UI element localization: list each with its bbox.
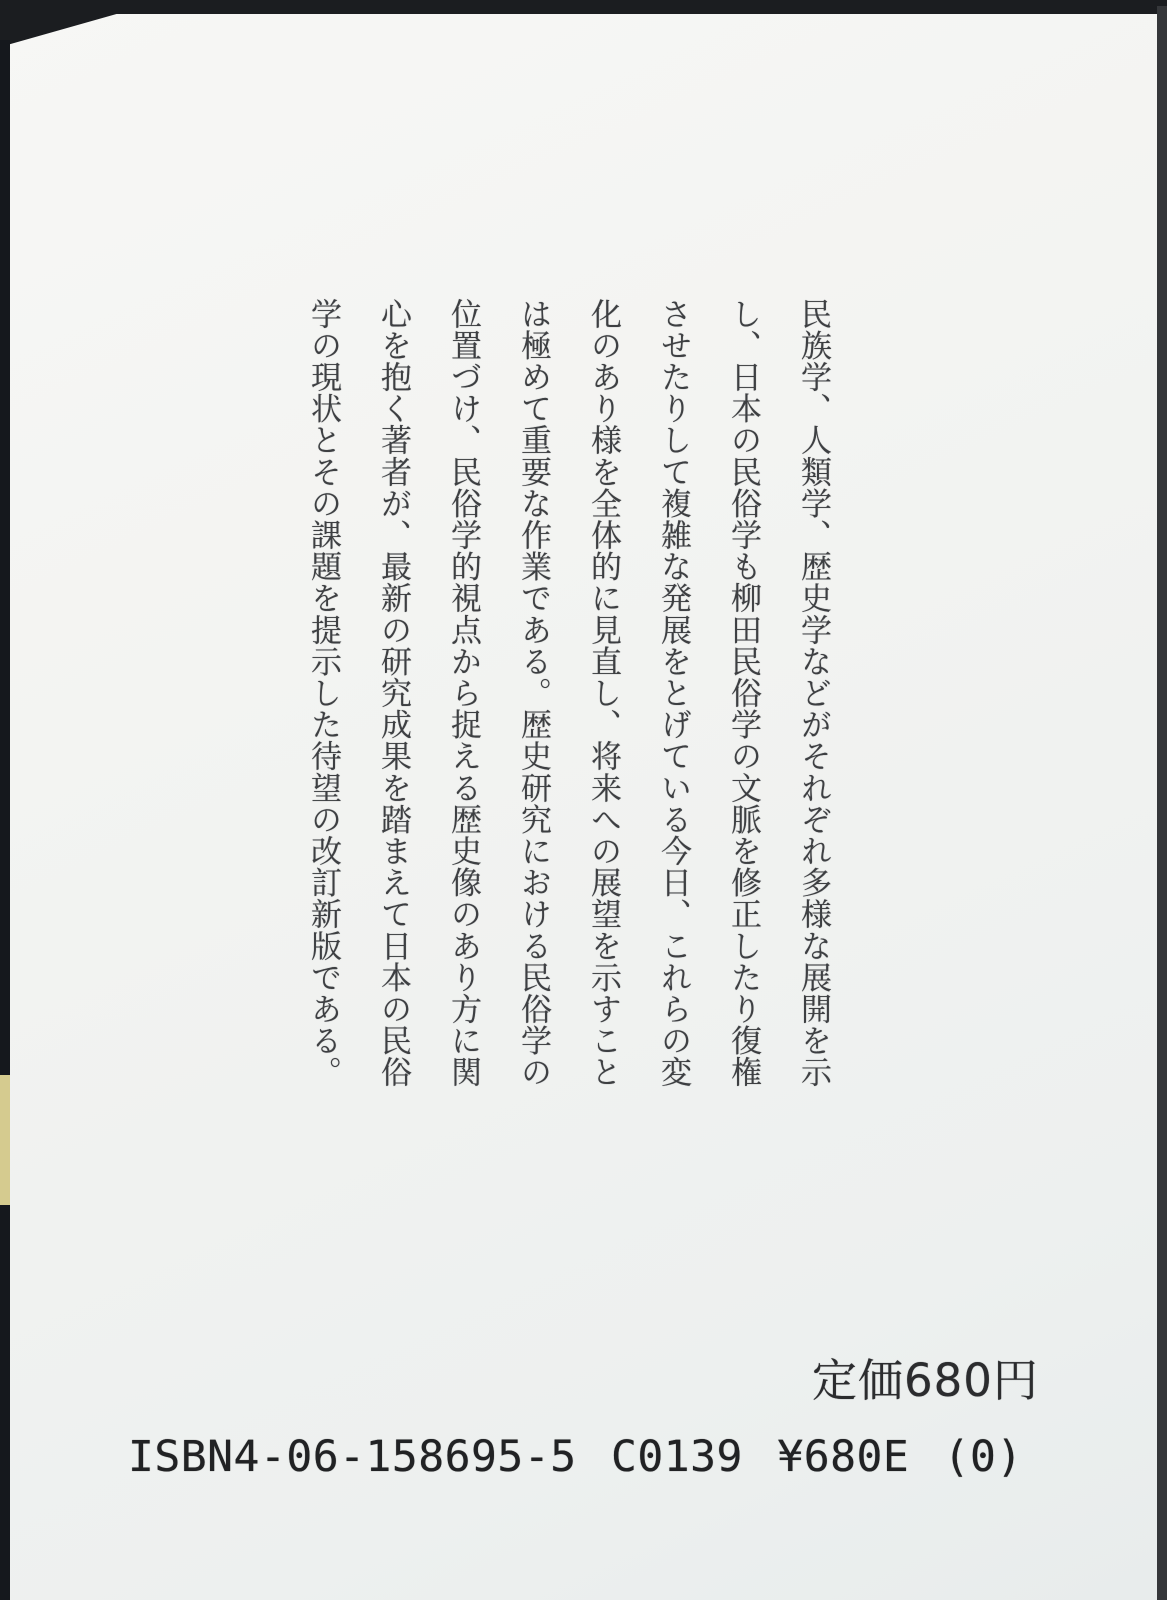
- book-back-cover: 民族学、人類学、歴史学などがそれぞれ多様な展開を示 し、日本の民俗学も柳田民俗学…: [0, 0, 1167, 1600]
- blurb-column: は極めて重要な作業である。歴史研究における民俗学の: [498, 298, 568, 1038]
- scan-edge-top: [0, 0, 1167, 14]
- blurb-column: し、日本の民俗学も柳田民俗学の文脈を修正したり復権: [708, 298, 778, 1038]
- isbn-line: ISBN4-06-158695-5 C0139 ¥680E (0): [128, 1432, 1048, 1482]
- scan-edge-left-spine: [0, 40, 10, 1600]
- blurb-column: 心を抱く著者が、最新の研究成果を踏まえて日本の民俗: [358, 298, 428, 1038]
- scan-edge-top-wedge: [0, 13, 120, 47]
- blurb-column: 化のあり様を全体的に見直し、将来への展望を示すこと: [568, 298, 638, 1038]
- spine-accent-band: [0, 1075, 10, 1205]
- price-label: 定価680円: [812, 1344, 1022, 1409]
- blurb-column: させたりして複雑な発展をとげている今日、これらの変: [638, 298, 708, 1038]
- blurb-column: 位置づけ、民俗学的視点から捉える歴史像のあり方に関: [428, 298, 498, 1038]
- back-cover-blurb: 民族学、人類学、歴史学などがそれぞれ多様な展開を示 し、日本の民俗学も柳田民俗学…: [288, 298, 848, 1038]
- scan-edge-right: [1157, 6, 1167, 1600]
- blurb-column: 学の現状とその課題を提示した待望の改訂新版である。: [288, 298, 358, 1038]
- blurb-column: 民族学、人類学、歴史学などがそれぞれ多様な展開を示: [778, 298, 848, 1038]
